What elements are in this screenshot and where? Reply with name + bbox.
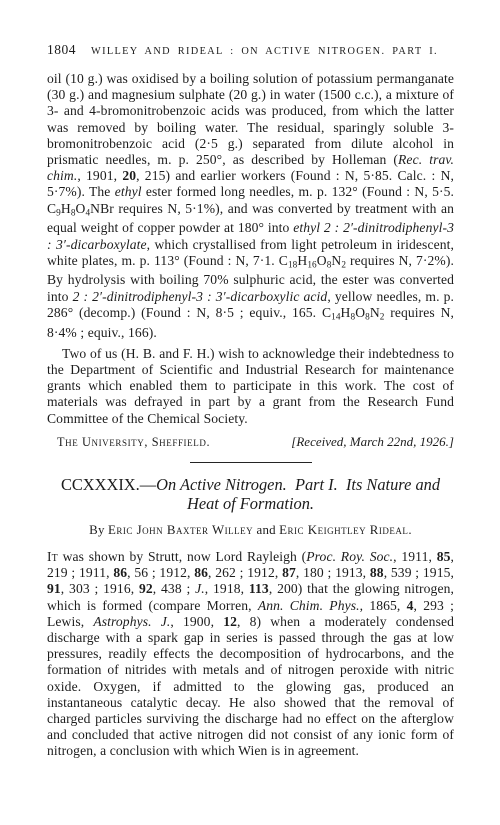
paragraph-experimental: oil (10 g.) was oxidised by a boiling so… xyxy=(47,71,454,341)
page-number: 1804 xyxy=(47,42,76,58)
article-title-text: On Active Nitrogen. Part I. Its Nature a… xyxy=(156,475,440,514)
article-number: CCXXXIX.— xyxy=(61,475,156,494)
section-divider xyxy=(190,462,312,463)
new-article: CCXXXIX.—On Active Nitrogen. Part I. Its… xyxy=(47,475,454,760)
article-title: CCXXXIX.—On Active Nitrogen. Part I. Its… xyxy=(47,475,454,514)
running-title: WILLEY AND RIDEAL : ON ACTIVE NITROGEN. … xyxy=(91,46,438,57)
byline: By Eric John Baxter Willey and Eric Keig… xyxy=(47,523,454,538)
page-header: 1804 WILLEY AND RIDEAL : ON ACTIVE NITRO… xyxy=(47,42,454,58)
paragraph-acknowledgements: Two of us (H. B. and F. H.) wish to ackn… xyxy=(47,346,454,427)
previous-article-end: oil (10 g.) was oxidised by a boiling so… xyxy=(47,71,454,450)
paragraph-intro: It was shown by Strutt, now Lord Rayleig… xyxy=(47,549,454,760)
journal-page: 1804 WILLEY AND RIDEAL : ON ACTIVE NITRO… xyxy=(0,0,500,825)
signoff-row: The University, Sheffield. [Received, Ma… xyxy=(57,434,454,450)
signoff-place: The University, Sheffield. xyxy=(57,435,210,450)
signoff-received-date: [Received, March 22nd, 1926.] xyxy=(291,434,454,450)
